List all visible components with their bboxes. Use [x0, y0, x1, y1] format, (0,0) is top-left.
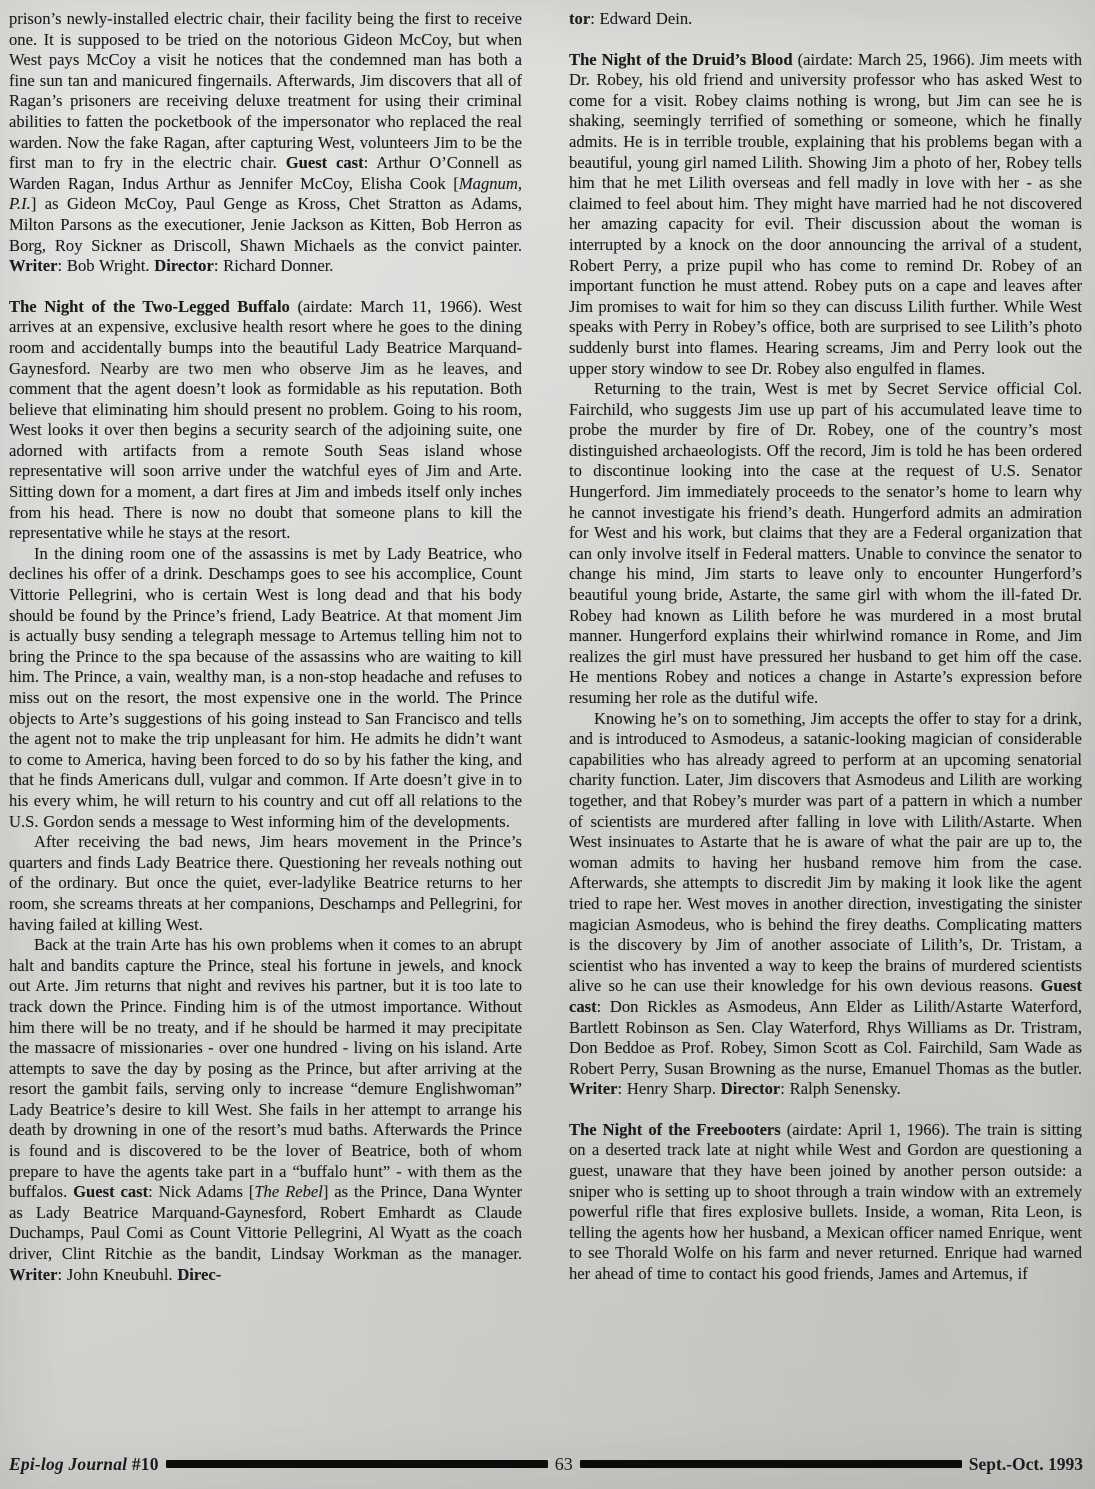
journal-page: prison’s newly-installed electric chair,… — [0, 0, 1095, 1489]
paragraph: In the dining room one of the assassins … — [9, 544, 522, 832]
journal-title: Epi-log Journal #10 — [9, 1454, 159, 1475]
paragraph: Knowing he’s on to something, Jim accept… — [569, 709, 1082, 1100]
text-run: : Bob Wright. — [58, 256, 155, 275]
bold-text-run: Director — [721, 1079, 781, 1098]
paragraph: Back at the train Arte has his own probl… — [9, 935, 522, 1285]
bold-text-run: Writer — [9, 1265, 58, 1284]
page-footer: Epi-log Journal #10 63 Sept.-Oct. 1993 — [9, 1452, 1083, 1476]
text-run: : Henry Sharp. — [618, 1079, 721, 1098]
columns: prison’s newly-installed electric chair,… — [9, 9, 1083, 1285]
bold-text-run: tor — [569, 9, 590, 28]
bold-text-run: Guest cast — [286, 153, 364, 172]
text-run: Back at the train Arte has his own probl… — [9, 935, 522, 1201]
episode-entry: The Night of the Druid’s Blood (airdate:… — [569, 50, 1082, 380]
text-run: ] as Gideon McCoy, Paul Genge as Kross, … — [9, 194, 522, 254]
bold-text-run: Direc- — [177, 1265, 221, 1284]
journal-name: Epi-log Journal — [9, 1454, 127, 1474]
paragraph: Returning to the train, West is met by S… — [569, 379, 1082, 709]
bold-text-run: Writer — [9, 256, 58, 275]
text-run: : Edward Dein. — [590, 9, 692, 28]
text-run: (airdate: April 1, 1966). The train is s… — [569, 1120, 1082, 1283]
text-run: Knowing he’s on to something, Jim accept… — [569, 709, 1082, 996]
continuation-paragraph: tor: Edward Dein. — [569, 9, 1082, 30]
episode-entry: The Night of the Freebooters (airdate: A… — [569, 1120, 1082, 1285]
issue-number: #10 — [127, 1454, 158, 1474]
text-run: After receiving the bad news, Jim hears … — [9, 832, 522, 933]
text-run: (airdate: March 11, 1966). West arrives … — [9, 297, 522, 543]
episode-entry: The Night of the Two-Legged Buffalo (air… — [9, 297, 522, 544]
bold-text-run: The Night of the Two-Legged Buffalo — [9, 297, 290, 316]
bold-text-run: Writer — [569, 1079, 618, 1098]
right-column: tor: Edward Dein.The Night of the Druid’… — [569, 9, 1082, 1285]
page-number: 63 — [555, 1454, 573, 1475]
bold-text-run: The Night of the Druid’s Blood — [569, 50, 793, 69]
text-run: : Richard Donner. — [214, 256, 334, 275]
text-run: prison’s newly-installed electric chair,… — [9, 9, 522, 172]
bold-text-run: The Night of the Freebooters — [569, 1120, 781, 1139]
text-run: (airdate: March 25, 1966). Jim meets wit… — [569, 50, 1082, 378]
continuation-paragraph: prison’s newly-installed electric chair,… — [9, 9, 522, 277]
text-run: In the dining room one of the assassins … — [9, 544, 522, 831]
left-column: prison’s newly-installed electric chair,… — [9, 9, 522, 1285]
text-run: : Nick Adams [ — [148, 1182, 254, 1201]
text-run: Returning to the train, West is met by S… — [569, 379, 1082, 707]
footer-rule-right — [580, 1460, 962, 1468]
issue-date: Sept.-Oct. 1993 — [969, 1454, 1083, 1475]
text-run: : Ralph Senensky. — [780, 1079, 900, 1098]
italic-text-run: The Rebel — [254, 1182, 323, 1201]
text-run: : John Kneubuhl. — [58, 1265, 178, 1284]
bold-text-run: Guest cast — [73, 1182, 148, 1201]
text-run: : Don Rickles as Asmodeus, Ann Elder as … — [569, 997, 1082, 1078]
footer-rule-left — [166, 1460, 548, 1468]
bold-text-run: Director — [154, 256, 214, 275]
paragraph: After receiving the bad news, Jim hears … — [9, 832, 522, 935]
